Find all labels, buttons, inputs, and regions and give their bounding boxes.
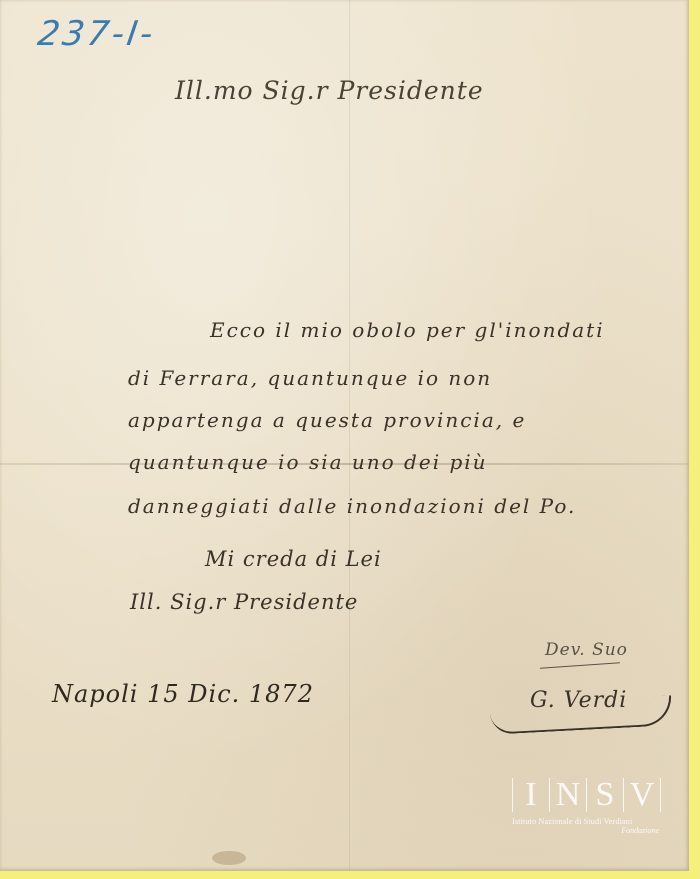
- closing-line-2: Ill. Sig.r Presidente: [130, 590, 358, 614]
- logo-institute-name: Istituto Nazionale di Studi Verdiani: [512, 817, 661, 826]
- paper-stain: [212, 851, 246, 865]
- body-line-1: Ecco il mio obolo per gl'inondati: [210, 318, 605, 342]
- logo-letter-n: N: [549, 778, 586, 812]
- archive-number: 237-I-: [35, 14, 158, 54]
- logo-foundation-label: Fondazione: [512, 826, 661, 835]
- signature-underline: [540, 662, 620, 669]
- body-line-2: di Ferrara, quantunque io non: [128, 366, 492, 390]
- signature-flourish: [489, 695, 672, 734]
- logo-letter-v: V: [623, 778, 661, 812]
- body-line-5: danneggiati dalle inondazioni del Po.: [128, 494, 576, 518]
- body-line-4: quantunque io sia uno dei più: [128, 450, 488, 474]
- logo-letter-i: I: [512, 778, 549, 812]
- logo-letters: I N S V: [512, 778, 661, 812]
- vertical-fold: [349, 0, 350, 871]
- salutation: Ill.mo Sig.r Presidente: [175, 76, 484, 105]
- insv-watermark-logo: I N S V Istituto Nazionale di Studi Verd…: [512, 778, 661, 835]
- logo-letter-s: S: [586, 778, 623, 812]
- signature-upper: Dev. Suo: [545, 640, 628, 660]
- letter-paper: 237-I- Ill.mo Sig.r Presidente Ecco il m…: [0, 0, 689, 871]
- closing-line-1: Mi creda di Lei: [205, 547, 382, 571]
- body-line-3: appartenga a questa provincia, e: [128, 408, 526, 432]
- date-line: Napoli 15 Dic. 1872: [52, 680, 314, 708]
